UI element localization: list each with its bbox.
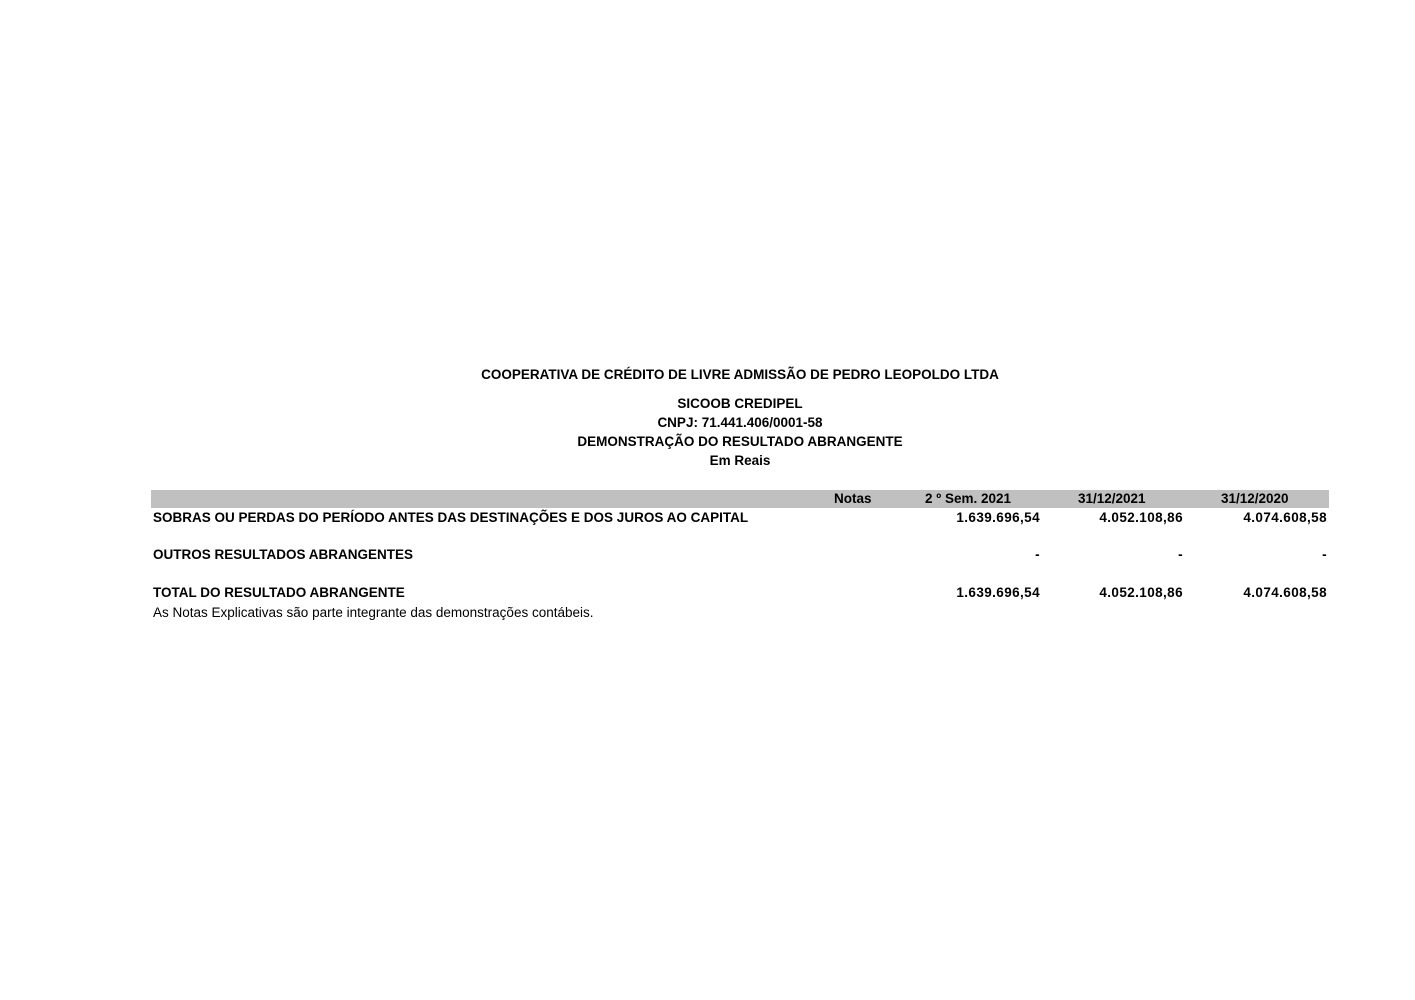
- table-header-bar: [151, 490, 1329, 508]
- column-header-2021: 31/12/2021: [1078, 490, 1146, 508]
- value-2021: -: [1023, 546, 1183, 564]
- column-header-2nd-semester-2021: 2 º Sem. 2021: [925, 490, 1011, 508]
- statement-title: DEMONSTRAÇÃO DO RESULTADO ABRANGENTE: [0, 434, 1415, 450]
- value-2nd-semester-2021: -: [880, 546, 1040, 564]
- value-2nd-semester-2021: 1.639.696,54: [880, 584, 1040, 602]
- row-label: SOBRAS OU PERDAS DO PERÍODO ANTES DAS DE…: [153, 509, 748, 527]
- column-header-notas: Notas: [834, 490, 872, 508]
- value-2020: 4.074.608,58: [1167, 509, 1327, 527]
- cnpj: CNPJ: 71.441.406/0001-58: [0, 415, 1415, 431]
- currency-unit: Em Reais: [0, 453, 1415, 469]
- company-name: COOPERATIVA DE CRÉDITO DE LIVRE ADMISSÃO…: [0, 367, 1415, 383]
- value-2021: 4.052.108,86: [1023, 584, 1183, 602]
- value-2020: 4.074.608,58: [1167, 584, 1327, 602]
- column-header-2020: 31/12/2020: [1221, 490, 1289, 508]
- trade-name: SICOOB CREDIPEL: [0, 396, 1415, 412]
- row-label: OUTROS RESULTADOS ABRANGENTES: [153, 546, 413, 564]
- value-2021: 4.052.108,86: [1023, 509, 1183, 527]
- row-label: TOTAL DO RESULTADO ABRANGENTE: [153, 584, 405, 602]
- footnote: As Notas Explicativas são parte integran…: [153, 604, 594, 622]
- value-2020: -: [1167, 546, 1327, 564]
- value-2nd-semester-2021: 1.639.696,54: [880, 509, 1040, 527]
